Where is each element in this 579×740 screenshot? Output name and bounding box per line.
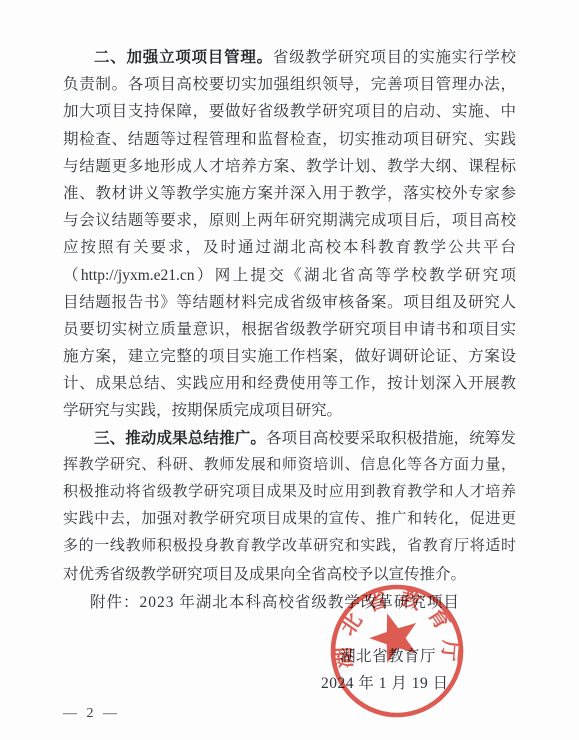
- body-text: 省级教学研究项目的实施实行学校: [273, 49, 516, 66]
- body-line: 施方案，建立完整的项目实施工作档案，做好调研论证、方案设: [63, 343, 516, 370]
- body-line: 应按照有关要求，及时通过湖北高校本科教育教学公共平台: [63, 234, 516, 261]
- body-line: 期检查、结题等过程管理和监督检查，切实推动项目研究、实践: [63, 126, 516, 153]
- body-line: 挥教学研究、科研、教师发展和师资培训、信息化等各方面力量，: [63, 452, 516, 479]
- body-line: 计、成果总结、实践应用和经费使用等工作，按计划深入开展教: [63, 370, 516, 397]
- body-line: （http://jyxm.e21.cn）网上提交《湖北省高等学校教学研究项: [63, 262, 516, 289]
- body-line: 实践中去，加强对教学研究项目成果的宣传、推广和转化，促进更: [63, 506, 516, 533]
- signature-agency: 湖北省教育厅: [340, 645, 436, 669]
- body-line: 准、教材讲义等教学实施方案并深入用于教学，落实校外专家参: [63, 180, 516, 207]
- body-line: 学研究与实践，按期保质完成项目研究。: [63, 397, 516, 424]
- body-line: 员要切实树立质量意识，根据省级教学研究项目申请书和项目实: [63, 316, 516, 343]
- signature-date: 2024 年 1 月 19 日: [321, 672, 449, 696]
- body-line: 负责制。各项目高校要切实加强组织领导，完善项目管理办法，: [63, 71, 516, 98]
- body-line: 对优秀省级教学研究项目及成果向全省高校予以宣传推介。: [63, 561, 516, 588]
- body-line: 多的一线教师积极投身教育教学改革研究和实践，省教育厅将适时: [63, 533, 516, 560]
- body-line: 二、加强立项项目管理。省级教学研究项目的实施实行学校: [63, 44, 516, 71]
- body-text: 各项目高校要采取积极措施，统筹发: [266, 430, 516, 447]
- section-heading: 二、加强立项项目管理。: [94, 49, 273, 66]
- body-line: 与结题更多地形成人才培养方案、教学计划、教学大纲、课程标: [63, 153, 516, 180]
- attachment-line: 附件：2023 年湖北本科高校省级教学改革研究项目: [90, 590, 530, 616]
- body-line: 加大项目支持保障，要做好省级教学研究项目的启动、实施、中: [63, 98, 516, 125]
- body-line: 目结题报告书》等结题材料完成省级审核备案。项目组及研究人: [63, 289, 516, 316]
- section-heading: 三、推动成果总结推广。: [94, 430, 266, 447]
- document-page: 二、加强立项项目管理。省级教学研究项目的实施实行学校 负责制。各项目高校要切实加…: [0, 0, 579, 740]
- page-number: — 2 —: [63, 703, 120, 725]
- letter-body: 二、加强立项项目管理。省级教学研究项目的实施实行学校 负责制。各项目高校要切实加…: [63, 44, 516, 588]
- body-line: 与会议结题等要求，原则上两年研究期满完成项目后，项目高校: [63, 207, 516, 234]
- body-line: 积极推动将省级教学研究项目成果及时应用到教育教学和人才培养: [63, 479, 516, 506]
- body-line: 三、推动成果总结推广。各项目高校要采取积极措施，统筹发: [63, 425, 516, 452]
